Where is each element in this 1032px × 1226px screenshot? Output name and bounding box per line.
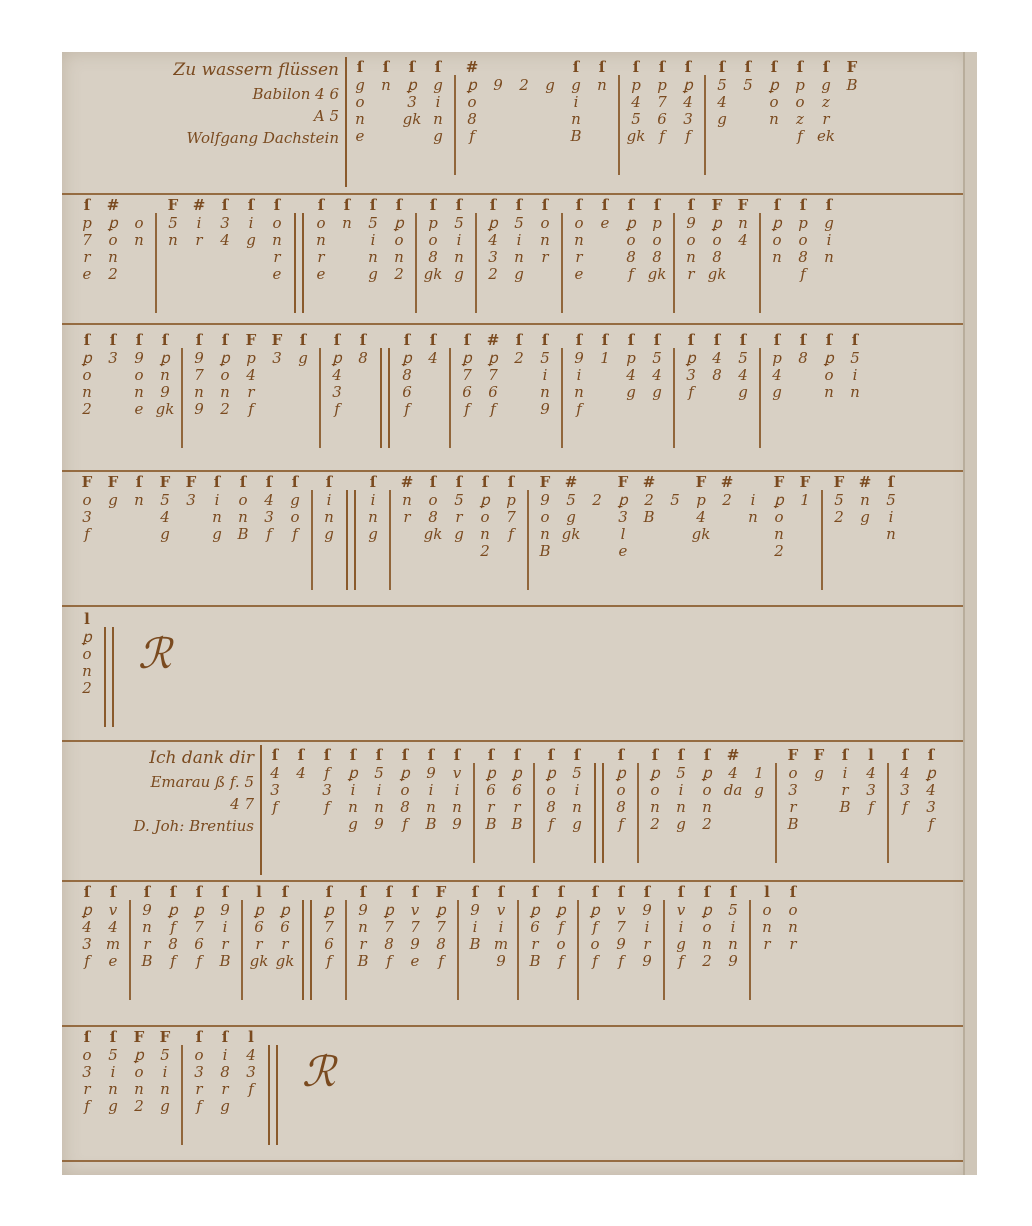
tab-letter: 9	[496, 953, 506, 970]
tab-letter: o	[82, 367, 91, 384]
tablature-chord: ſp4g	[618, 330, 644, 401]
tablature-chord: ſꝑ6rB	[522, 882, 548, 970]
tab-letter: da	[724, 782, 743, 799]
tab-letter: ꝑ	[618, 492, 628, 509]
tab-letter: i	[377, 782, 382, 799]
tab-letter: n	[454, 249, 464, 266]
rhythm-flag: ſ	[488, 745, 494, 765]
rhythm-flag: F	[160, 1027, 171, 1047]
tab-letter: n	[728, 936, 738, 953]
rhythm-flag: ſ	[222, 1027, 228, 1047]
tab-letter: g	[717, 111, 727, 128]
tab-letter: n	[850, 384, 860, 401]
tab-letter: 5	[572, 765, 582, 782]
tab-letter: 6	[488, 384, 498, 401]
tab-letter: ꝑ	[712, 215, 722, 232]
tab-letter: f	[797, 128, 803, 145]
tab-letter: v	[453, 765, 461, 782]
tab-letter: 8	[428, 509, 438, 526]
tab-letter: o	[652, 232, 661, 249]
rhythm-flag: ſ	[110, 882, 116, 902]
tab-letter: 2	[220, 401, 230, 418]
rhythm-flag: ſ	[618, 745, 624, 765]
tab-letter: f	[438, 953, 444, 970]
page-gutter	[963, 52, 977, 1175]
tablature-chord: #ꝑ76f	[480, 330, 506, 418]
tab-letter: o	[590, 936, 599, 953]
tab-letter: gk	[692, 526, 711, 543]
tab-letter: o	[788, 902, 797, 919]
tab-letter: r	[273, 249, 280, 266]
barline	[241, 900, 243, 1000]
barline	[637, 763, 639, 863]
tablature-chord: l43f	[858, 745, 884, 816]
tab-letter: r	[247, 384, 254, 401]
rhythm-flag: ſ	[84, 882, 90, 902]
tab-letter: f	[868, 799, 874, 816]
tab-letter: 2	[514, 350, 524, 367]
tablature-chord: Fp4rf	[238, 330, 264, 418]
tab-letter: 5	[168, 215, 178, 232]
tablature-system: ſp7re#ꝑon2 onF5n#irſ34ſigſonreſonreſnſ5i…	[62, 195, 972, 313]
tab-letter: g	[545, 77, 555, 94]
tab-letter: g	[368, 266, 378, 283]
rhythm-flag: ſ	[745, 57, 751, 77]
tab-letter: n	[574, 232, 584, 249]
tablature-chord: ſ9inf	[566, 330, 592, 418]
tab-letter: 2	[134, 1098, 144, 1115]
tablature-chord: ſ54g	[644, 330, 670, 401]
rhythm-flag: ſ	[652, 745, 658, 765]
tablature-chord: #ng	[852, 472, 878, 526]
tab-letter: ꝑ	[160, 350, 170, 367]
tab-letter: o	[546, 782, 555, 799]
tab-letter: f	[800, 266, 806, 283]
tab-letter: n	[650, 799, 660, 816]
rhythm-flag: ſ	[576, 330, 582, 350]
tab-letter: o	[82, 492, 91, 509]
tablature-chord: Fp4gk	[688, 472, 714, 543]
rhythm-flag: l	[256, 882, 262, 902]
tablature-chord: ſꝑo8f	[608, 745, 634, 833]
tab-letter: n	[540, 384, 550, 401]
tab-letter: 3	[264, 509, 274, 526]
rhythm-flag: F	[186, 472, 197, 492]
tab-letter: ꝑ	[332, 350, 342, 367]
tablature-chord: ſig	[238, 195, 264, 249]
rhythm-flag: ſ	[110, 1027, 116, 1047]
tablature-chord: Fg	[806, 745, 832, 782]
tablature-system: ſꝑon2ſ3ſ9oneſꝑn9gkſ97n9ſꝑon2Fp4rfF3ſgſꝑ4…	[62, 330, 972, 448]
tab-letter: ꝑ	[488, 350, 498, 367]
rhythm-flag: ſ	[282, 882, 288, 902]
rhythm-flag: ſ	[84, 330, 90, 350]
tab-letter: gk	[627, 128, 646, 145]
tablature-chord: ſꝑon2	[74, 330, 100, 418]
tab-letter: i	[499, 919, 504, 936]
tab-letter: 5	[454, 492, 464, 509]
rhythm-flag: ſ	[576, 195, 582, 215]
tab-letter: ꝑ	[683, 77, 693, 94]
tab-letter: f	[659, 128, 665, 145]
tablature-chord: ſꝑing	[340, 745, 366, 833]
rhythm-flag: ſ	[654, 330, 660, 350]
tab-letter: 7	[488, 367, 498, 384]
tablature-chord: ſꝑ43f	[74, 882, 100, 970]
rhythm-flag: ſ	[435, 57, 441, 77]
tab-letter: f	[618, 816, 624, 833]
tab-letter: ꝑ	[220, 350, 230, 367]
rhythm-flag: ſ	[719, 57, 725, 77]
tab-letter: 8	[428, 249, 438, 266]
tab-letter: i	[436, 94, 441, 111]
tab-letter: g	[290, 492, 300, 509]
tablature-chord: Fꝑon2	[766, 472, 792, 560]
tab-letter: ꝑ	[108, 215, 118, 232]
tablature-chord: in	[740, 472, 766, 526]
tab-letter: 4	[631, 94, 641, 111]
tab-letter: 9	[410, 936, 420, 953]
tab-letter: 9	[374, 816, 384, 833]
tablature-chord: ſ9iB	[462, 882, 488, 953]
rhythm-flag: #	[193, 195, 206, 215]
tablature-chord: ſing	[360, 472, 386, 543]
barline	[473, 763, 475, 863]
tab-letter: f	[548, 816, 554, 833]
tab-letter: n	[433, 111, 443, 128]
tab-letter: o	[220, 367, 229, 384]
tab-letter: i	[473, 919, 478, 936]
rhythm-flag: F	[712, 195, 723, 215]
tab-letter: o	[272, 215, 281, 232]
tab-letter: 9	[426, 765, 436, 782]
tab-letter: n	[134, 232, 144, 249]
tab-letter: 9	[220, 902, 230, 919]
rhythm-flag: F	[834, 472, 845, 492]
tab-letter: e	[273, 266, 282, 283]
tab-letter: gk	[708, 266, 727, 283]
tab-letter: 2	[722, 492, 732, 509]
tablature-chord: ſ43f	[262, 745, 288, 816]
tab-letter: f	[334, 401, 340, 418]
tab-letter: e	[317, 266, 326, 283]
tablature-chord: ſꝑ432	[480, 195, 506, 283]
tablature-chord: Fg	[100, 472, 126, 509]
tablature-chord: ſ5ing	[360, 195, 386, 283]
tab-letter: f	[84, 953, 90, 970]
tablature-chord: ſ9ir9	[634, 882, 660, 970]
tablature-chord: ſꝑ6rB	[504, 745, 530, 833]
rhythm-flag: ſ	[318, 195, 324, 215]
tab-letter: ꝑ	[134, 1047, 144, 1064]
double-barline	[268, 1045, 278, 1145]
tab-letter: i	[645, 919, 650, 936]
tab-letter: n	[738, 215, 748, 232]
tab-letter: o	[394, 232, 403, 249]
tab-letter: 2	[82, 401, 92, 418]
rhythm-flag: ſ	[482, 472, 488, 492]
tab-letter: r	[403, 509, 410, 526]
tab-letter: 3	[82, 1064, 92, 1081]
tab-letter: 2	[519, 77, 529, 94]
tab-letter: 8	[402, 367, 412, 384]
tab-letter: i	[223, 919, 228, 936]
tab-letter: n	[480, 526, 490, 543]
barline	[759, 348, 761, 448]
tab-letter: f	[196, 1098, 202, 1115]
tab-letter: n	[572, 799, 582, 816]
tablature-chord: F52	[826, 472, 852, 526]
tab-letter: f	[84, 1098, 90, 1115]
rhythm-flag: F	[168, 195, 179, 215]
tab-letter: n	[402, 492, 412, 509]
tablature-chord: ſ5ing	[564, 745, 590, 833]
rhythm-flag: ſ	[678, 745, 684, 765]
tab-letter: g	[824, 215, 834, 232]
rhythm-flag: ſ	[370, 472, 376, 492]
tab-letter: g	[246, 232, 256, 249]
tab-letter: p	[626, 350, 636, 367]
tablature-chord: #4da	[720, 745, 746, 799]
rhythm-flag: ſ	[248, 195, 254, 215]
tab-letter: f	[402, 816, 408, 833]
tablature-chord: ſꝑ78f	[376, 882, 402, 970]
barline	[389, 490, 391, 590]
rhythm-flag: ſ	[790, 882, 796, 902]
tab-letter: 9	[194, 350, 204, 367]
barline	[181, 348, 183, 448]
tab-letter: z	[822, 94, 830, 111]
tab-letter: p	[696, 492, 706, 509]
rhythm-flag: ſ	[84, 1027, 90, 1047]
tab-letter: B	[787, 816, 798, 833]
tab-letter: f	[490, 401, 496, 418]
rhythm-flag: ſ	[412, 882, 418, 902]
tab-letter: ꝑ	[546, 765, 556, 782]
tab-letter: 9	[686, 215, 696, 232]
tablature-chord: #2	[714, 472, 740, 509]
rhythm-flag: ſ	[214, 472, 220, 492]
tab-letter: B	[237, 526, 248, 543]
tab-letter: f	[386, 953, 392, 970]
barline	[345, 900, 347, 1000]
tablature-chord: ſn	[126, 472, 152, 509]
tablature-chord: ſꝑon2	[642, 745, 668, 833]
tab-letter: o	[574, 215, 583, 232]
tab-letter: 8	[168, 936, 178, 953]
tablature-chord: ſv4me	[100, 882, 126, 970]
tab-letter: n	[686, 249, 696, 266]
rhythm-flag: ſ	[196, 1027, 202, 1047]
tab-letter: 2	[834, 509, 844, 526]
tab-letter: 4	[866, 765, 876, 782]
rhythm-flag: ſ	[730, 882, 736, 902]
rhythm-flag: ſ	[498, 882, 504, 902]
tab-letter: ꝑ	[348, 765, 358, 782]
tab-letter: o	[290, 509, 299, 526]
tab-letter: n	[788, 919, 798, 936]
rhythm-flag: ſ	[456, 472, 462, 492]
tab-letter: f	[685, 128, 691, 145]
tab-letter: 4	[652, 367, 662, 384]
tab-letter: ꝑ	[486, 765, 496, 782]
tablature-chord: ſe	[592, 195, 618, 232]
tablature-chord: Fꝑ78f	[428, 882, 454, 970]
tablature-chord: Fo3f	[74, 472, 100, 543]
tab-letter: r	[575, 249, 582, 266]
tab-letter: p	[798, 215, 808, 232]
tab-letter: 7	[657, 94, 667, 111]
tab-letter: ꝑ	[774, 492, 784, 509]
tab-letter: n	[824, 249, 834, 266]
tab-letter: o	[480, 509, 489, 526]
rhythm-flag: ſ	[618, 882, 624, 902]
rhythm-flag: ſ	[396, 195, 402, 215]
rhythm-flag: ſ	[573, 57, 579, 77]
tab-letter: n	[574, 384, 584, 401]
rhythm-flag: ſ	[430, 330, 436, 350]
tab-letter: l	[621, 526, 626, 543]
tab-letter: o	[762, 902, 771, 919]
double-barline	[302, 900, 312, 1000]
tab-letter: o	[108, 232, 117, 249]
tab-letter: gk	[562, 526, 581, 543]
tab-letter: f	[678, 953, 684, 970]
tablature-chord: ſ5ing	[446, 195, 472, 283]
tab-letter: g	[514, 266, 524, 283]
tab-letter: i	[163, 1064, 168, 1081]
tab-letter: i	[111, 1064, 116, 1081]
tab-letter: n	[540, 526, 550, 543]
tab-letter: 4	[246, 367, 256, 384]
rhythm-flag: ſ	[688, 330, 694, 350]
rhythm-flag: ſ	[644, 882, 650, 902]
tab-letter: ꝑ	[384, 902, 394, 919]
tab-letter: 3	[220, 215, 230, 232]
rhythm-flag: F	[134, 1027, 145, 1047]
tab-letter: 3	[788, 782, 798, 799]
rhythm-flag: ſ	[514, 745, 520, 765]
tab-letter: o	[702, 919, 711, 936]
tab-letter: r	[643, 936, 650, 953]
tablature-chord: ſ5in9	[720, 882, 746, 970]
tab-letter: 8	[652, 249, 662, 266]
tablature-chord: #ꝑon2	[100, 195, 126, 283]
barline	[561, 213, 563, 313]
tab-letter: n	[540, 232, 550, 249]
rhythm-flag: ſ	[558, 882, 564, 902]
tab-letter: i	[351, 782, 356, 799]
tablature-chord: ſꝑ86f	[394, 330, 420, 418]
tab-letter: g	[368, 526, 378, 543]
tab-letter: r	[531, 936, 538, 953]
tab-letter: B	[469, 936, 480, 953]
tablature-chord: ſgin	[816, 195, 842, 266]
tab-letter: 5	[108, 1047, 118, 1064]
tablature-chord: ſ34	[212, 195, 238, 249]
tablature-chord: ſ54g	[730, 330, 756, 401]
rhythm-flag: l	[764, 882, 770, 902]
rhythm-flag: ſ	[402, 745, 408, 765]
rhythm-flag: ſ	[326, 472, 332, 492]
tablature-chord: ſp7f	[498, 472, 524, 543]
tab-letter: e	[411, 953, 420, 970]
rhythm-flag	[750, 472, 755, 492]
tablature-chord: ſꝑn9gk	[152, 330, 178, 418]
tab-letter: g	[355, 77, 365, 94]
tab-letter: i	[889, 509, 894, 526]
tab-letter: 6	[324, 936, 334, 953]
tablature-chord: ſg	[290, 330, 316, 367]
tablature-chord: ſonr	[780, 882, 806, 953]
tab-letter: 1	[600, 350, 610, 367]
tab-letter: i	[751, 492, 756, 509]
rhythm-flag: ſ	[800, 195, 806, 215]
tab-letter: g	[160, 526, 170, 543]
tab-letter: ꝑ	[686, 350, 696, 367]
tab-letter: o	[400, 782, 409, 799]
tab-letter: o	[238, 492, 247, 509]
tab-letter: g	[860, 509, 870, 526]
tablature-chord: ſ54g	[709, 57, 735, 128]
tab-letter: ꝑ	[400, 765, 410, 782]
tab-letter: n	[374, 799, 384, 816]
tablature-chord: ſ43f	[892, 745, 918, 816]
tablature-chord: ſginB	[563, 57, 589, 145]
tab-letter: ꝑ	[530, 902, 540, 919]
tab-letter: g	[652, 384, 662, 401]
tab-letter: 4	[264, 492, 274, 509]
tab-letter: e	[356, 128, 365, 145]
tablature-chord: ſꝑon	[764, 195, 790, 266]
rhythm-flag: l	[84, 609, 90, 629]
tab-letter: ꝑ	[467, 77, 477, 94]
tab-letter: 3	[407, 94, 417, 111]
tab-letter: f	[628, 266, 634, 283]
rhythm-flag: ſ	[532, 882, 538, 902]
tab-letter: 3	[186, 492, 196, 509]
tab-letter: 2	[650, 816, 660, 833]
rhythm-flag: ſ	[542, 330, 548, 350]
rhythm-flag: ſ	[602, 330, 608, 350]
barline	[673, 213, 675, 313]
tab-letter: g	[454, 526, 464, 543]
tablature-chord: ſ5	[735, 57, 761, 94]
tab-letter: i	[517, 232, 522, 249]
tab-letter: 4	[717, 94, 727, 111]
tab-letter: f	[592, 919, 598, 936]
tab-letter: n	[762, 919, 772, 936]
tab-letter: o	[795, 94, 804, 111]
tab-letter: o	[355, 94, 364, 111]
tab-letter: i	[575, 782, 580, 799]
tab-letter: ꝑ	[702, 765, 712, 782]
tab-letter: ꝑ	[324, 902, 334, 919]
tablature-chord: ſ97n9	[186, 330, 212, 418]
tab-letter: v	[497, 902, 505, 919]
tab-letter: 4	[683, 94, 693, 111]
tab-letter: r	[143, 936, 150, 953]
tab-letter: 4	[270, 765, 280, 782]
tablature-chord: #2B	[636, 472, 662, 526]
tab-letter: 9	[574, 350, 584, 367]
rhythm-flag: F	[246, 330, 257, 350]
tab-letter: 7	[194, 367, 204, 384]
tab-letter: f	[469, 128, 475, 145]
tab-letter: 8	[798, 249, 808, 266]
piece-title: Ich dank dirEmarau ß f. 54 7D. Joh: Bren…	[62, 745, 262, 875]
tab-letter: 2	[480, 543, 490, 560]
